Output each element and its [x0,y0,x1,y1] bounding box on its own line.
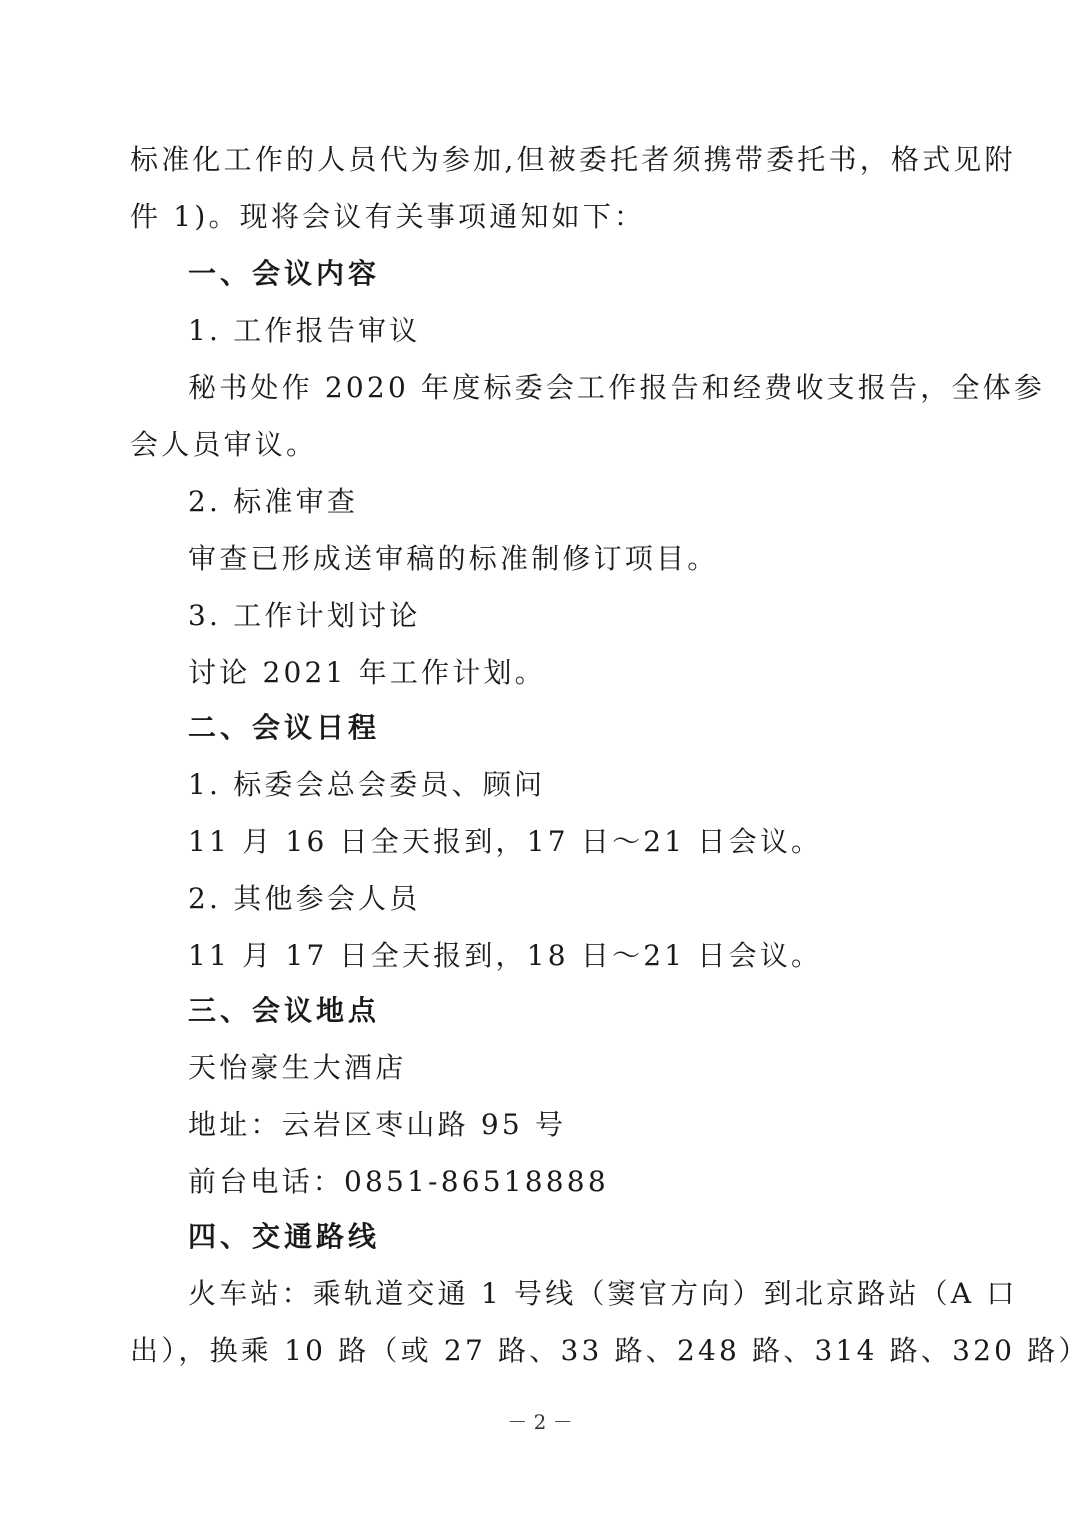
paragraph-line: 天怡豪生大酒店 [188,1048,406,1088]
paragraph-line: 前台电话：0851-86518888 [188,1162,609,1202]
paragraph-line: 标准化工作的人员代为参加,但被委托者须携带委托书，格式见附 [130,140,1016,180]
section-heading: 三、会议地点 [188,991,380,1031]
paragraph-line: 1. 标委会总会委员、顾问 [188,765,545,805]
paragraph-line: 火车站：乘轨道交通 1 号线（窦官方向）到北京路站（A 口 [188,1274,1018,1314]
paragraph-line: 11 月 16 日全天报到，17 日～21 日会议。 [188,822,822,862]
section-heading: 四、交通路线 [188,1217,380,1257]
paragraph-line: 件 1)。现将会议有关事项通知如下： [130,197,645,237]
section-heading: 二、会议日程 [188,708,380,748]
paragraph-line: 地址：云岩区枣山路 95 号 [188,1105,566,1145]
paragraph-line: 秘书处作 2020 年度标委会工作报告和经费收支报告，全体参 [188,368,1045,408]
page-number: － 2 － [0,1406,1080,1435]
paragraph-line: 讨论 2021 年工作计划。 [188,653,546,693]
paragraph-line: 3. 工作计划讨论 [188,596,420,636]
section-heading: 一、会议内容 [188,254,380,294]
paragraph-line: 2. 标准审查 [188,482,358,522]
paragraph-line: 11 月 17 日全天报到，18 日～21 日会议。 [188,936,822,976]
paragraph-line: 审查已形成送审稿的标准制修订项目。 [188,539,718,579]
paragraph-line: 2. 其他参会人员 [188,879,420,919]
paragraph-line: 会人员审议。 [130,425,317,465]
paragraph-line: 出），换乘 10 路（或 27 路、33 路、248 路、314 路、320 路… [130,1331,1080,1371]
paragraph-line: 1. 工作报告审议 [188,311,420,351]
